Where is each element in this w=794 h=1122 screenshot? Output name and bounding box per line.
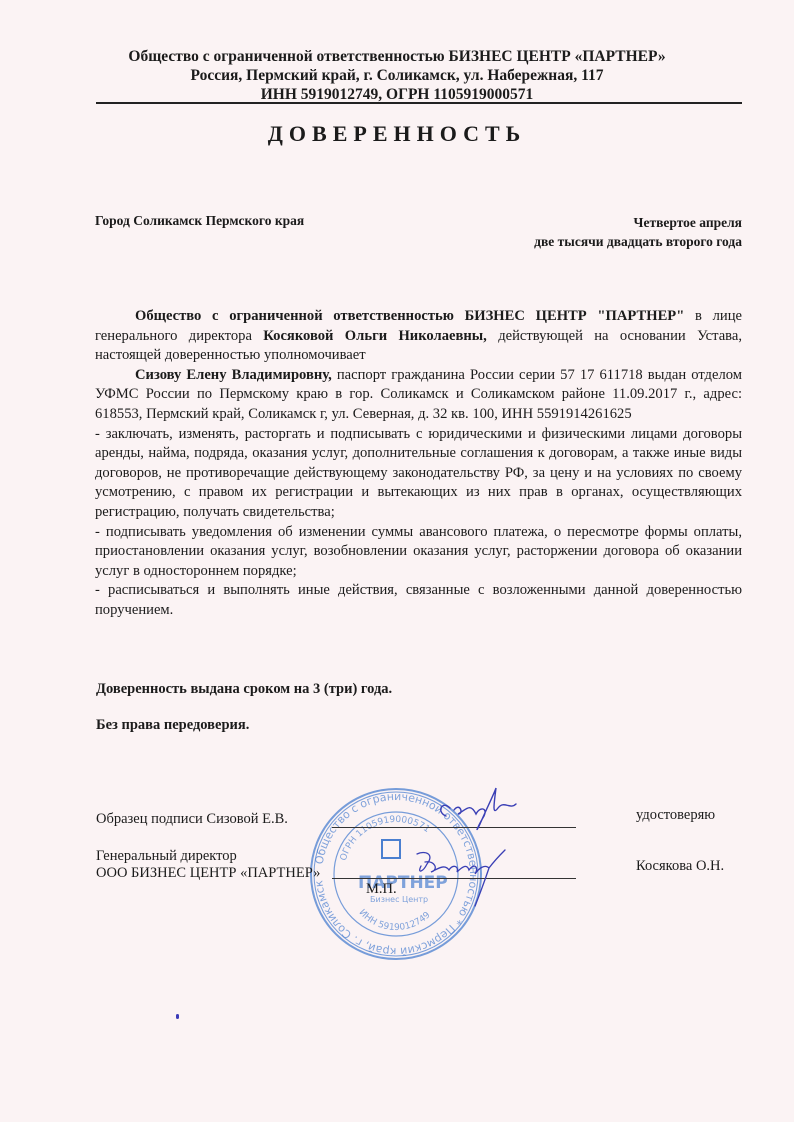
date-line-2: две тысячи двадцать второго года xyxy=(534,232,742,251)
header-divider xyxy=(96,102,742,104)
director-name-bold: Косяковой Ольги Николаевны, xyxy=(263,328,487,344)
director-company: ООО БИЗНЕС ЦЕНТР «ПАРТНЕР» xyxy=(96,865,320,882)
ink-mark xyxy=(176,1014,179,1019)
grantor-company: Общество с ограниченной ответственностью… xyxy=(135,308,684,324)
power-item: - подписывать уведомления об изменении с… xyxy=(95,523,742,582)
signature-sample-label: Образец подписи Сизовой Е.В. xyxy=(96,811,288,828)
director-signature-name: Косякова О.Н. xyxy=(636,858,724,875)
date-line-1: Четвертое апреля xyxy=(534,213,742,232)
document-body: Общество с ограниченной ответственностью… xyxy=(95,307,742,621)
place: Город Соликамск Пермского края xyxy=(95,213,304,229)
attorney-paragraph: Сизову Елену Владимировну, паспорт гражд… xyxy=(95,366,742,425)
power-item: - расписываться и выполнять иные действи… xyxy=(95,581,742,620)
handwritten-signature-kosyakova-icon xyxy=(405,840,525,910)
seal-place-label: М.П. xyxy=(366,881,397,898)
date: Четвертое апреля две тысячи двадцать вто… xyxy=(534,213,742,251)
company-address: Россия, Пермский край, г. Соликамск, ул.… xyxy=(0,66,794,85)
no-delegation: Без права передоверия. xyxy=(96,717,249,734)
handwritten-signature-sizova-icon xyxy=(430,780,530,840)
company-name: Общество с ограниченной ответственностью… xyxy=(0,47,794,66)
attorney-name: Сизову Елену Владимировну, xyxy=(135,367,332,383)
power-item: - заключать, изменять, расторгать и подп… xyxy=(95,425,742,523)
director-title: Генеральный директор ООО БИЗНЕС ЦЕНТР «П… xyxy=(96,848,320,882)
validity-term: Доверенность выдана сроком на 3 (три) го… xyxy=(96,681,392,698)
grantor-paragraph: Общество с ограниченной ответственностью… xyxy=(95,307,742,366)
director-position: Генеральный директор xyxy=(96,848,320,865)
certify-label: удостоверяю xyxy=(636,807,715,824)
document-title: ДОВЕРЕННОСТЬ xyxy=(0,121,794,147)
